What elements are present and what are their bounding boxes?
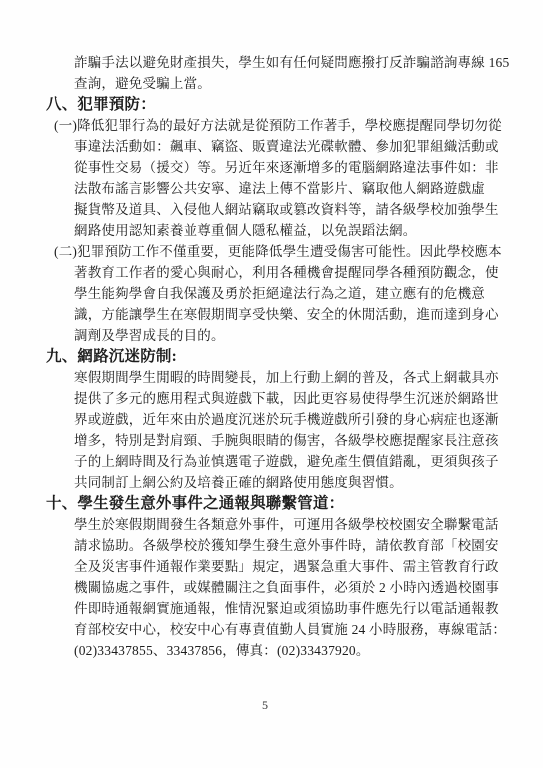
section-heading-9: 九、網路沉迷防制: [46,346,543,367]
text-line: 育部校安中心，校安中心有專責值勤人員實施 24 小時服務，專線電話： [74,619,543,640]
text-line: 調劑及學習成長的目的。 [74,325,543,346]
page-content: 詐騙手法以避免財產損失，學生如有任何疑問應撥打反詐騙諮詢專線 165 查詢，避免… [0,52,543,661]
text-line: (02)33437855、33437856，傳真：(02)33437920。 [74,640,543,661]
text-line: 提供了多元的應用程式與遊戲下載，因此更容易使得學生沉迷於網路世 [74,388,543,409]
text-line: 全及災害事件通報作業要點」規定，遇緊急重大事件、需主管教育行政 [74,556,543,577]
text-line: 學生能夠學會自我保護及勇於拒絕違法行為之道，建立應有的危機意 [74,283,543,304]
text-line: 件即時通報網實施通報，惟情況緊迫或須協助事件應先行以電話通報教 [74,598,543,619]
text-line: 寒假期間學生閒暇的時間變長，加上行動上網的普及，各式上網載具亦 [74,367,543,388]
text-line: 擬貨幣及道具、入侵他人網站竊取或篡改資料等，請各級學校加強學生 [74,199,543,220]
text-line: 識，方能讓學生在寒假期間享受快樂、安全的休閒活動，進而達到身心 [74,304,543,325]
section-heading-10: 十、學生發生意外事件之通報與聯繫管道： [46,493,543,514]
text-line: 子的上網時間及行為並慎選電子遊戲，避免產生價值錯亂，更須與孩子 [74,451,543,472]
text-line: 網路使用認知素養並尊重個人隱私權益，以免誤蹈法網。 [74,220,543,241]
page-number: 5 [0,698,530,713]
text-line: 界或遊戲，近年來由於過度沉迷於玩手機遊戲所引發的身心病症也逐漸 [74,409,543,430]
text-line: 請求協助。各級學校於獲知學生發生意外事件時，請依教育部「校園安 [74,535,543,556]
text-line: 著教育工作者的愛心與耐心，利用各種機會提醒同學各種預防觀念，使 [74,262,543,283]
section-heading-8: 八、犯罪預防： [46,94,543,115]
text-line: 學生於寒假期間發生各類意外事件，可運用各級學校校園安全聯繫電話 [74,514,543,535]
text-line: 從事性交易（援交）等。另近年來逐漸增多的電腦網路違法事件如：非 [74,157,543,178]
document-page: 詐騙手法以避免財產損失，學生如有任何疑問應撥打反詐騙諮詢專線 165 查詢，避免… [0,0,543,768]
item-line: (一)降低犯罪行為的最好方法就是從預防工作著手，學校應提醒同學切勿從 [54,115,543,136]
text-line: 詐騙手法以避免財產損失，學生如有任何疑問應撥打反詐騙諮詢專線 165 [74,52,543,73]
text-line: 事違法活動如：飆車、竊盜、販賣違法光碟軟體、參加犯罪組織活動或 [74,136,543,157]
text-line: 查詢，避免受騙上當。 [74,73,543,94]
text-line: 機關協處之事件，或媒體關注之負面事件，必須於 2 小時內透過校園事 [74,577,543,598]
text-line: 法散布謠言影響公共安寧、違法上傳不當影片、竊取他人網路遊戲虛 [74,178,543,199]
text-line: 增多，特別是對肩頸、手腕與眼睛的傷害，各級學校應提醒家長注意孩 [74,430,543,451]
text-line: 共同制訂上網公約及培養正確的網路使用態度與習慣。 [74,472,543,493]
item-line: (二)犯罪預防工作不僅重要，更能降低學生遭受傷害可能性。因此學校應本 [54,241,543,262]
